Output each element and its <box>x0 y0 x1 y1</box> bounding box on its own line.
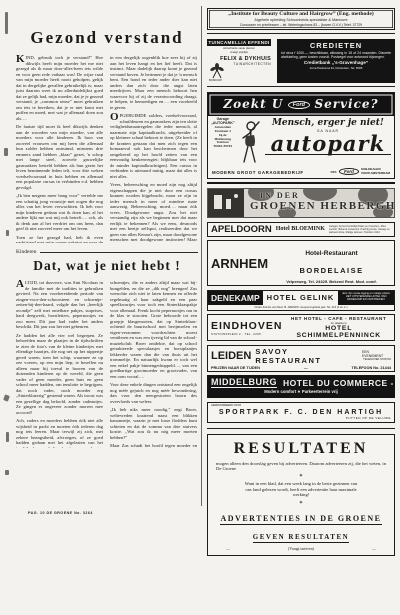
dealer-off: OFF. <box>330 170 337 174</box>
ad-resultaten: RESULTATEN mogen alleen den doorslag gev… <box>207 434 395 556</box>
hotel-city: EINDHOVEN <box>211 320 282 332</box>
article1-column-1: KIND, gebruik toch je verstand!” Hoe dik… <box>16 55 103 243</box>
star-icon: ✶ <box>216 500 386 506</box>
ad-hotel-apeldoorn: APELDOORN Hotel BLOEMINK Gelegen bij het… <box>207 222 395 237</box>
ad-beauty-subtitle: Algehele opleiding Schoonheids-specialis… <box>211 18 391 22</box>
article1-paragraph: in een dergelijk oogenblik hoe zeer hij … <box>110 55 197 110</box>
banner-text: Service? <box>314 97 378 111</box>
hotel-details: Gelegen bij het Koninklijk Paleis en bos… <box>329 225 391 234</box>
waving-man-illustration <box>235 118 265 166</box>
resultaten-slogan-line2: GEVEN RESULTATEN <box>253 533 349 543</box>
resultaten-paragraph: Want in een blad, dat een week lang in d… <box>242 481 361 497</box>
banner-text: Zoekt U <box>223 97 283 111</box>
ad-hotel-middelburg: MIDDELBURG HOTEL DU COMMERCE - Tel. 94 M… <box>207 375 395 398</box>
article2-paragraph: schoentjes, die er anders altijd maar wa… <box>110 280 197 379</box>
ad-tuincamellia-line: vraagt prijslijst <box>207 50 271 54</box>
ad-beauty-title: „Institute for Beauty Culture and Hairgr… <box>211 11 391 17</box>
scan-artifact <box>6 432 9 442</box>
scan-artifact <box>3 394 10 401</box>
hotel-details: door zijn mooie ligging en matige prijze… <box>338 291 394 305</box>
article2-column-2: schoentjes, die er anders altijd maar wa… <box>110 280 197 448</box>
hotel-name: SAVOY RESTAURANT <box>255 347 358 365</box>
article2-columns: ALTIJD, tot dusverre, was Sint Nicolaas … <box>16 280 198 448</box>
hotel-city: ARNHEM <box>211 256 268 271</box>
hotel-name: HOTEL GELINK <box>263 293 339 302</box>
article2-paragraph: Ach, vaders en moeders hebben óók niet a… <box>16 418 103 448</box>
dropcap: O <box>110 113 120 122</box>
ad-row-tuin-crediet: TUINCAMELLIA EFFENDI winterharde vaste p… <box>207 39 395 83</box>
ad-credieten-body: tot circa f 1000.— beschikbaar, aflossin… <box>281 51 391 59</box>
divider <box>207 33 395 34</box>
hotel-city: MIDDELBURG <box>211 377 277 388</box>
article1-paragraph: OPGERUIMDE zolders, voedselvoorraad, sch… <box>110 113 197 179</box>
ad-beauty-institute: „Institute for Beauty Culture and Hairgr… <box>207 8 395 30</box>
ad-credieten-address: Anna Paulowna 91, Rotterdam, Tel. 5085 <box>281 66 391 70</box>
ad-autopark-body: Garage „AUTOPARK” Amsterdam Kruislaan 1 … <box>208 116 394 167</box>
article1-column-2: in een dergelijk oogenblik hoe zeer hij … <box>110 55 197 243</box>
divider <box>207 182 395 184</box>
page-footer: PAG. 10 DE GROENE No. 3264 <box>28 511 93 515</box>
hotel-tagline: EEN EVENEMENT TEGENOVER STATION <box>362 350 391 361</box>
sportpark-name: SPORTPARK F. C. DEN HARTIGH <box>211 409 391 416</box>
divider <box>207 428 395 429</box>
herberg-title-line2: GROENEN HERBERGHE <box>250 200 395 212</box>
ad-autopark-main: Mensch, erger je niet! GA NAAR autopark <box>265 118 392 166</box>
ad-autopark: Zoekt U Ford Service? Garage „AUTOPARK” … <box>207 92 395 179</box>
resultaten-paragraph: mogen alleen den doorslag geven bij adve… <box>216 461 386 472</box>
resultaten-footer: — (Vraagt tarieven) — <box>216 547 386 551</box>
hotel-name: BORDELAISE <box>299 266 363 275</box>
hotel-details: Modern comfort ✶ Parkeerterrein vrij <box>211 389 391 394</box>
sportpark-location: PUTTEN OP DE VELUWE <box>211 416 391 420</box>
divider <box>207 86 395 87</box>
article2-paragraph: ALTIJD, tot dusverre, was Sint Nicolaas … <box>16 280 103 330</box>
ad-autopark-dealer: OFF. Ford SUB-DEALERVOOR AMSTERDAM <box>330 168 390 175</box>
sportpark-pre: GERENOMMEERD VOOR <box>211 404 241 407</box>
resultaten-title: RESULTATEN <box>216 440 386 458</box>
article2-kicker-row: Kinderen <box>16 249 198 255</box>
article2-paragraph: Ze hadden het alle vier wel begrepen. Ze… <box>16 333 103 416</box>
ad-credieten-title: CREDIETEN <box>281 41 391 50</box>
ad-beauty-contact: Cursussen en privélessen – tel. Wetering… <box>211 23 391 27</box>
ad-hotel-denekamp: DENEKAMP HOTEL GELINK door zijn mooie li… <box>207 290 395 311</box>
article2-paragraph: „Ik heb niks meer noodig,” zegt Broer, w… <box>110 407 197 440</box>
ad-tuincamellia: TUINCAMELLIA EFFENDI winterharde vaste p… <box>207 39 271 83</box>
ads-column: „Institute for Beauty Culture and Hairgr… <box>207 8 395 556</box>
article2-column-1: ALTIJD, tot dusverre, was Sint Nicolaas … <box>16 280 103 448</box>
editorial-section: Gezond verstand KIND, gebruik toch je ve… <box>16 28 198 448</box>
ford-logo-icon: Ford <box>339 168 359 175</box>
ad-autopark-footer: MODERN GROOT GARAGEBEDRIJF OFF. Ford SUB… <box>208 167 394 178</box>
scan-artifact <box>4 148 8 156</box>
scan-artifact <box>6 230 9 236</box>
hotel-name: Hotel-Restaurant <box>305 250 357 257</box>
ad-groene-herberg-banner: IN DER GROENEN HERBERGHE <box>207 188 395 218</box>
hotel-name: HOTEL DU COMMERCE - Tel. 94 <box>283 378 400 388</box>
dealer-lines: SUB-DEALERVOOR AMSTERDAM <box>361 168 390 175</box>
article1-paragraph: „Ik ben nergens meer bang voor” vertelde… <box>16 193 103 232</box>
article1-headline: Gezond verstand <box>16 28 198 48</box>
ad-tuincamellia-title: TUINCAMELLIA EFFENDI <box>207 39 271 46</box>
hotel-city: APELDOORN <box>211 224 272 235</box>
ad-hotel-arnhem: ARNHEM Hotel-Restaurant BORDELAISE Velpe… <box>207 240 395 286</box>
hotel-city: LEIDEN <box>211 350 251 362</box>
article2-paragraph: Voor deze enkele dingen ontstond een ong… <box>110 382 197 404</box>
ad-autopark-banner: Zoekt U Ford Service? <box>208 93 394 116</box>
article1-columns: KIND, gebruik toch je verstand!” Hoe dik… <box>16 55 198 243</box>
article2-headline: Dat, wat je niet hebt ! <box>16 258 198 274</box>
resultaten-slogan-line1: ADVERTENTIES IN DE GROENE <box>220 514 381 525</box>
article2-kicker: Kinderen <box>16 249 36 255</box>
herberg-illustration <box>208 189 244 217</box>
kicker-rule <box>40 252 198 253</box>
hotel-details: Onder directie van Mevr. B. ARENDS. Geop… <box>208 305 394 310</box>
ford-logo-icon: Ford <box>288 101 310 109</box>
herberg-title-line1: IN DER <box>260 191 300 200</box>
hotel-city: DENEKAMP <box>208 291 263 305</box>
ad-autopark-footer-left: MODERN GROOT GARAGEBEDRIJF <box>212 170 304 175</box>
ad-autopark-brand: autopark <box>265 134 392 155</box>
column-divider <box>201 6 202 506</box>
ad-tuin-city: BOSKOOP <box>209 79 222 82</box>
hotel-details: TEGENOVER STATION <box>362 358 391 361</box>
article2-paragraph: Maar Zus schudt het hoofd tegen moeder e… <box>110 443 197 448</box>
hotel-name: Hotel BLOEMINK <box>276 226 325 232</box>
hotel-details-row: PRIJZEN NAAR DE TIJDEN — TELEFOON No. 21… <box>211 366 391 370</box>
hotel-address: STATIONSPLEIN 2 - TEL. 2265 <box>211 332 282 336</box>
flower-icon <box>207 63 227 79</box>
ad-hotel-eindhoven: EINDHOVEN STATIONSPLEIN 2 - TEL. 2265 HE… <box>207 314 395 341</box>
star-icon: ✶ <box>216 473 386 479</box>
scan-artifact <box>5 470 9 475</box>
article1-paragraph: Vrees, beheersching en moed zijn nog alt… <box>110 182 197 243</box>
article1-paragraph: KIND, gebruik toch je verstand!” Hoe dik… <box>16 55 103 121</box>
ad-hotel-leiden: LEIDEN SAVOY RESTAURANT EEN EVENEMENT TE… <box>207 345 395 372</box>
article1-paragraph: Toen ze het gezegd had, heb ik even verb… <box>16 235 103 244</box>
dropcap: K <box>16 55 26 64</box>
scan-artifact <box>5 12 8 34</box>
hotel-details: Velperweg. Tel. 24325. Bekend Rest. Mod.… <box>272 279 391 284</box>
dropcap: A <box>16 280 25 289</box>
ad-autopark-garage-info: Garage „AUTOPARK” Amsterdam Kruislaan 1 … <box>211 118 235 166</box>
hotel-name: HOTEL SCHIMMELPENNINCK <box>286 325 391 339</box>
ad-sportpark: GERENOMMEERD VOOR SPORTPARK F. C. DEN HA… <box>207 402 395 423</box>
ad-credieten-bank: Credietbank „'s-Gravenhage” <box>281 60 391 65</box>
ad-autopark-slogan: Mensch, erger je niet! <box>265 118 392 128</box>
ad-credieten: CREDIETEN tot circa f 1000.— beschikbaar… <box>277 39 395 83</box>
article1-paragraph: De laatste tijd moet ik heel dikwijls de… <box>16 124 103 190</box>
garage-line: 55033–55734 <box>211 145 235 149</box>
